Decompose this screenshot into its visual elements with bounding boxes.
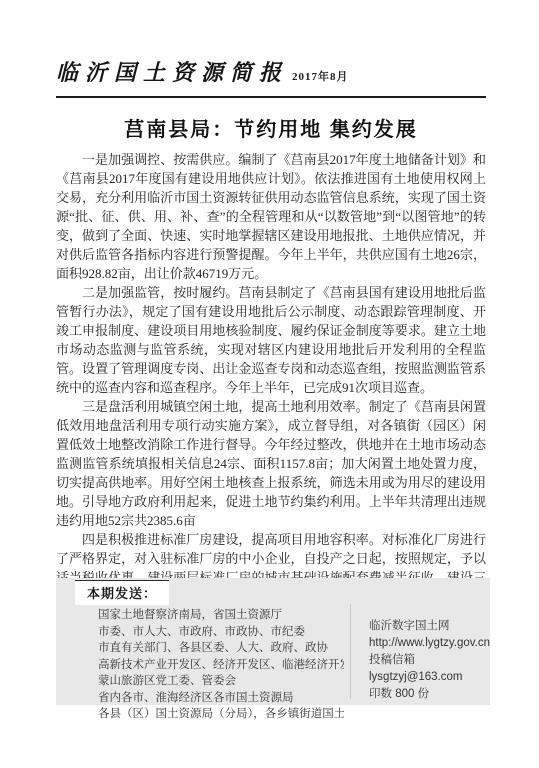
submission-mailbox-label: 投稿信箱 <box>369 652 490 669</box>
distribution-columns: 国家土地督察济南局，省国土资源厅 市委、市人大、市政府、市政协、市纪委 市直有关… <box>56 604 490 699</box>
distribution-info: 临沂数字国土网 http://www.lygtzy.gov.cn 投稿信箱 ly… <box>350 604 494 699</box>
paragraph-3: 三是盘活利用城镇空闲土地，提高土地利用效率。制定了《莒南县闲置低效用地盘活利用专… <box>56 397 486 530</box>
distribution-label: 本期发送： <box>75 580 169 605</box>
bulletin-page: 临沂国土资源简报 2017年8月 莒南县局：节约用地 集约发展 一是加强调控、按… <box>0 0 539 768</box>
recipient-line: 市委、市人大、市政府、市政协、市纪委 <box>98 624 344 641</box>
recipient-line: 各县（区）国土资源局（分局），各乡镇街道国土资源所 <box>98 706 344 723</box>
distribution-box: 本期发送： 国家土地督察济南局，省国土资源厅 市委、市人大、市政府、市政协、市纪… <box>56 578 490 705</box>
website-name: 临沂数字国土网 <box>369 618 490 635</box>
article-body: 一是加强调控、按需供应。编制了《莒南县2017年度土地储备计划》和《莒南县201… <box>56 150 486 625</box>
paragraph-1: 一是加强调控、按需供应。编制了《莒南县2017年度土地储备计划》和《莒南县201… <box>56 150 486 283</box>
recipient-line: 市直有关部门、各县区委、人大、政府、政协 <box>98 640 344 657</box>
recipient-line: 蒙山旅游区党工委、管委会 <box>98 673 344 690</box>
recipient-line: 国家土地督察济南局，省国土资源厅 <box>98 607 344 624</box>
recipient-line: 省内各市、淮海经济区各市国土资源局 <box>98 690 344 707</box>
print-count: 印数 800 份 <box>369 686 490 703</box>
distribution-recipients: 国家土地督察济南局，省国土资源厅 市委、市人大、市政府、市政协、市纪委 市直有关… <box>56 604 350 699</box>
paragraph-2: 二是加强监管，按时履约。莒南县制定了《莒南县国有建设用地批后监管暂行办法》，规定… <box>56 283 486 397</box>
recipient-line: 高新技术产业开发区、经济开发区、临港经济开发区、 <box>98 657 344 674</box>
website-url: http://www.lygtzy.gov.cn <box>369 635 490 652</box>
article-title: 莒南县局：节约用地 集约发展 <box>56 113 486 142</box>
masthead-title: 临沂国土资源简报 <box>56 60 288 86</box>
masthead: 临沂国土资源简报 2017年8月 <box>56 56 486 98</box>
submission-email: lysgtzyj@163.com <box>369 669 490 686</box>
masthead-date: 2017年8月 <box>292 71 349 83</box>
